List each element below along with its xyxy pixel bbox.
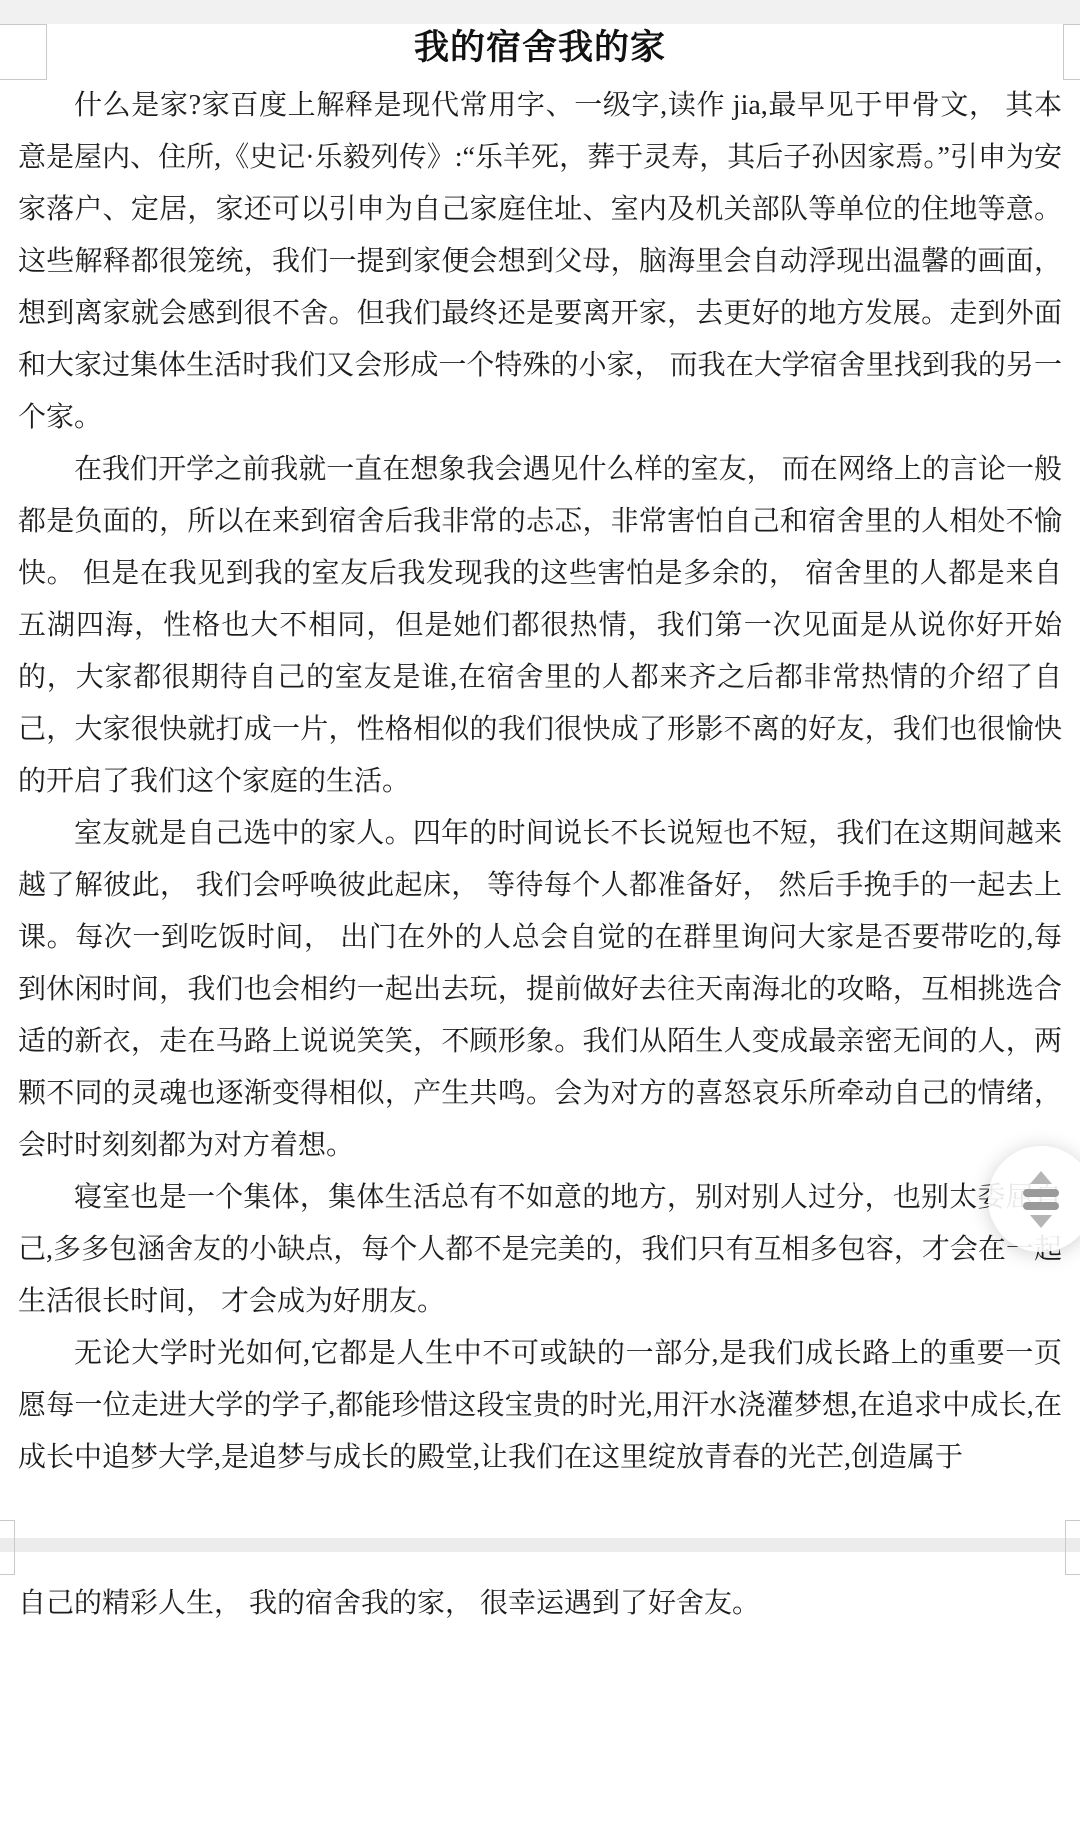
drag-handle-bar-icon [1023, 1189, 1059, 1197]
scroll-up-icon[interactable] [1030, 1171, 1052, 1184]
document-title[interactable]: 我的宿舍我的家 [18, 28, 1062, 68]
body-paragraph[interactable]: 在我们开学之前我就一直在想象我会遇见什么样的室友， 而在网络上的言论一般都是负面… [18, 444, 1062, 808]
page-2-body: 自己的精彩人生， 我的宿舍我的家， 很幸运遇到了好舍友。 [18, 1578, 1062, 1630]
body-paragraph[interactable]: 室友就是自己选中的家人。四年的时间说长不长说短也不短，我们在这期间越来越了解彼此… [18, 808, 1062, 1172]
body-paragraph[interactable]: 无论大学时光如何,它都是人生中不可或缺的一部分,是我们成长路上的重要一页愿每一位… [18, 1328, 1062, 1484]
body-paragraph[interactable]: 寝室也是一个集体，集体生活总有不如意的地方，别对别人过分，也别太委屈自己,多多包… [18, 1172, 1062, 1328]
page-corner-mark-break-left [0, 1520, 15, 1575]
page-1-body: 什么是家?家百度上解释是现代常用字、一级字,读作 jia,最早见于甲骨文， 其本… [18, 80, 1062, 1484]
scroll-down-icon[interactable] [1030, 1215, 1052, 1228]
body-paragraph[interactable]: 什么是家?家百度上解释是现代常用字、一级字,读作 jia,最早见于甲骨文， 其本… [18, 80, 1062, 444]
page-corner-mark-top-right [1063, 24, 1080, 80]
page-gap-top-strip [0, 0, 1080, 24]
drag-handle-bar-icon [1023, 1202, 1059, 1210]
page-corner-mark-top-left [0, 24, 47, 80]
page-corner-mark-break-right [1065, 1520, 1080, 1575]
body-paragraph[interactable]: 自己的精彩人生， 我的宿舍我的家， 很幸运遇到了好舍友。 [18, 1578, 1062, 1630]
page-1[interactable]: 我的宿舍我的家 什么是家?家百度上解释是现代常用字、一级字,读作 jia,最早见… [0, 24, 1080, 1484]
document-canvas: 我的宿舍我的家 什么是家?家百度上解释是现代常用字、一级字,读作 jia,最早见… [0, 0, 1080, 1821]
page-2[interactable]: 自己的精彩人生， 我的宿舍我的家， 很幸运遇到了好舍友。 [0, 1552, 1080, 1630]
page-break-gap [0, 1538, 1080, 1552]
